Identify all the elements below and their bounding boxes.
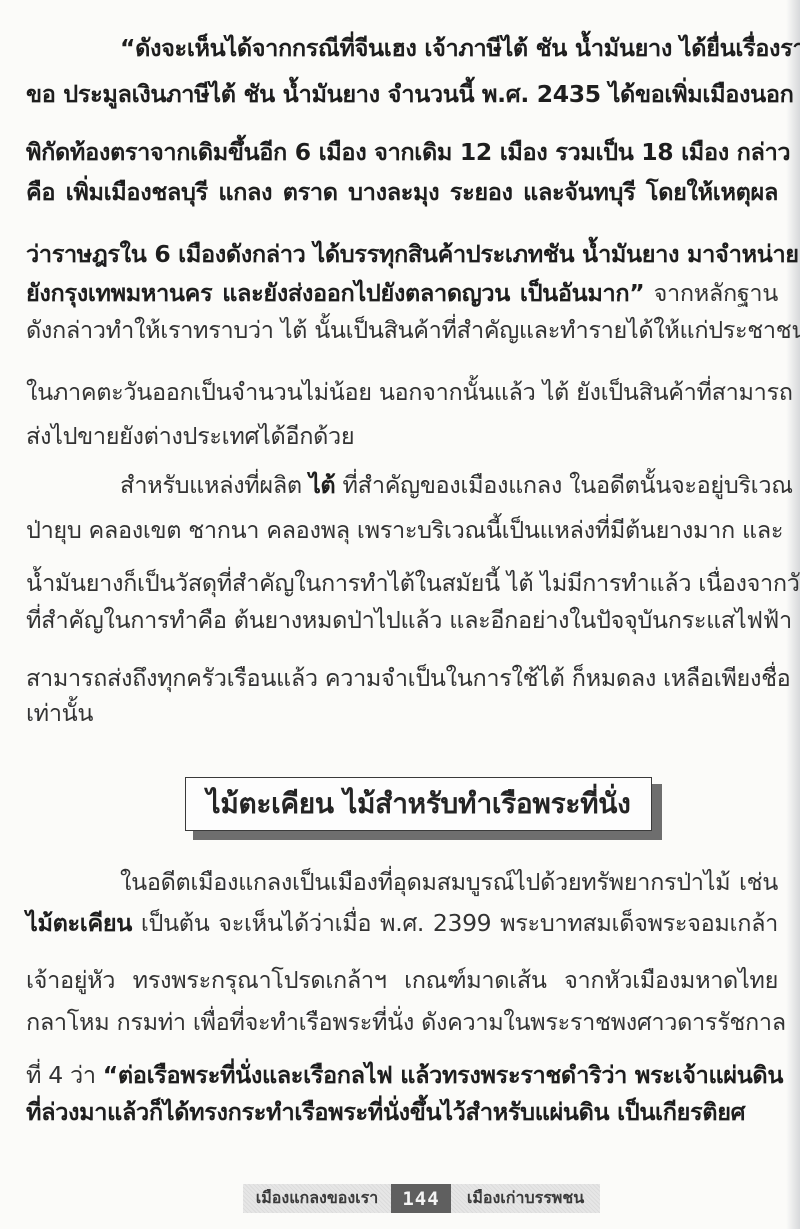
footer-book-title: เมืองแกลงของเรา (243, 1184, 391, 1213)
text-line: ไม้ตะเคียน เป็นต้น จะเห็นได้ว่าเมื่อ พ.ศ… (26, 903, 778, 943)
text-line: เจ้าอยู่หัว ทรงพระกรุณาโปรดเกล้าฯ เกณฑ์ม… (26, 960, 778, 1000)
bold-text-run: “ต่อเรือพระที่นั่งและเรือกลไฟ แล้วทรงพระ… (103, 1061, 783, 1089)
text-line: ดังกล่าวทำให้เราทราบว่า ไต้ นั้นเป็นสินค… (26, 310, 778, 350)
text-run: เป็นต้น จะเห็นได้ว่าเมื่อ พ.ศ. 2399 พระบ… (132, 909, 778, 937)
text-line: ว่าราษฎรใน 6 เมืองดังกล่าว ได้บรรทุกสินค… (26, 234, 778, 274)
text-run: เท่านั้น (26, 699, 93, 727)
text-line: ที่ล่วงมาแล้วก็ได้ทรงกระทำเรือพระที่นั่ง… (26, 1092, 778, 1132)
text-run: ส่งไปขายยังต่างประเทศได้อีกด้วย (26, 422, 354, 450)
text-line: กลาโหม กรมท่า เพื่อที่จะทำเรือพระที่นั่ง… (26, 1002, 778, 1042)
bold-text-run: พิกัดท้องตราจากเดิมขึ้นอีก 6 เมือง จากเด… (26, 138, 790, 166)
bold-text-run: คือ เพิ่มเมืองชลบุรี แกลง ตราด บางละมุง … (26, 178, 778, 206)
text-line: “ดังจะเห็นได้จากกรณีที่จีนเฮง เจ้าภาษีไต… (120, 28, 778, 68)
text-line: ป่ายุบ คลองเขต ชากนา คลองพลุ เพราะบริเวณ… (26, 510, 778, 550)
text-run: ที่สำคัญของเมืองแกลง ในอดีตนั้นจะอยู่บริ… (335, 471, 792, 499)
bold-text-run: ไต้ (309, 471, 335, 499)
text-run: ที่สำคัญในการทำคือ ต้นยางหมดป่าไปแล้ว แล… (26, 606, 792, 634)
text-line: ในอดีตเมืองแกลงเป็นเมืองที่อุดมสมบูรณ์ไป… (120, 862, 778, 902)
bold-text-run: ยังกรุงเทพมหานคร และยังส่งออกไปยังตลาดญว… (26, 279, 644, 307)
text-line: ที่ 4 ว่า “ต่อเรือพระที่นั่งและเรือกลไฟ … (26, 1055, 778, 1095)
text-run: น้ำมันยางก็เป็นวัสดุที่สำคัญในการทำไต้ใน… (26, 569, 800, 597)
text-line: สามารถส่งถึงทุกครัวเรือนแล้ว ความจำเป็นใ… (26, 658, 778, 698)
page-footer: เมืองแกลงของเรา 144 เมืองเก่าบรรพชน (243, 1184, 600, 1213)
text-line: พิกัดท้องตราจากเดิมขึ้นอีก 6 เมือง จากเด… (26, 132, 778, 172)
text-run: ที่ 4 ว่า (26, 1061, 103, 1089)
text-line: ขอ ประมูลเงินภาษีไต้ ชัน น้ำมันยาง จำนวน… (26, 74, 778, 114)
text-run: สามารถส่งถึงทุกครัวเรือนแล้ว ความจำเป็นใ… (26, 664, 790, 692)
footer-section-title: เมืองเก่าบรรพชน (451, 1184, 600, 1213)
text-line: เท่านั้น (26, 693, 778, 733)
text-line: ยังกรุงเทพมหานคร และยังส่งออกไปยังตลาดญว… (26, 273, 778, 313)
text-line: สำหรับแหล่งที่ผลิต ไต้ ที่สำคัญของเมืองแ… (120, 465, 778, 505)
bold-text-run: “ดังจะเห็นได้จากกรณีที่จีนเฮง เจ้าภาษีไต… (120, 34, 800, 62)
text-line: ในภาคตะวันออกเป็นจำนวนไม่น้อย นอกจากนั้น… (26, 372, 778, 412)
section-heading-box: ไม้ตะเคียน ไม้สำหรับทำเรือพระที่นั่ง (185, 777, 652, 831)
text-line: คือ เพิ่มเมืองชลบุรี แกลง ตราด บางละมุง … (26, 172, 778, 212)
text-run: กลาโหม กรมท่า เพื่อที่จะทำเรือพระที่นั่ง… (26, 1008, 786, 1036)
text-run: ดังกล่าวทำให้เราทราบว่า ไต้ นั้นเป็นสินค… (26, 316, 800, 344)
bold-text-run: ไม้ตะเคียน (26, 909, 132, 937)
bold-text-run: ที่ล่วงมาแล้วก็ได้ทรงกระทำเรือพระที่นั่ง… (26, 1098, 745, 1126)
page-number: 144 (391, 1184, 451, 1213)
text-run: จากหลักฐาน (644, 279, 778, 307)
text-line: ที่สำคัญในการทำคือ ต้นยางหมดป่าไปแล้ว แล… (26, 600, 778, 640)
text-line: ส่งไปขายยังต่างประเทศได้อีกด้วย (26, 416, 778, 456)
section-heading: ไม้ตะเคียน ไม้สำหรับทำเรือพระที่นั่ง (207, 782, 631, 826)
text-run: เจ้าอยู่หัว ทรงพระกรุณาโปรดเกล้าฯ เกณฑ์ม… (26, 966, 778, 994)
text-run: ในภาคตะวันออกเป็นจำนวนไม่น้อย นอกจากนั้น… (26, 378, 793, 406)
bold-text-run: ขอ ประมูลเงินภาษีไต้ ชัน น้ำมันยาง จำนวน… (26, 80, 793, 108)
text-run: สำหรับแหล่งที่ผลิต (120, 471, 309, 499)
text-run: ป่ายุบ คลองเขต ชากนา คลองพลุ เพราะบริเวณ… (26, 516, 783, 544)
text-line: น้ำมันยางก็เป็นวัสดุที่สำคัญในการทำไต้ใน… (26, 563, 778, 603)
bold-text-run: ว่าราษฎรใน 6 เมืองดังกล่าว ได้บรรทุกสินค… (26, 240, 799, 268)
text-run: ในอดีตเมืองแกลงเป็นเมืองที่อุดมสมบูรณ์ไป… (120, 868, 778, 896)
